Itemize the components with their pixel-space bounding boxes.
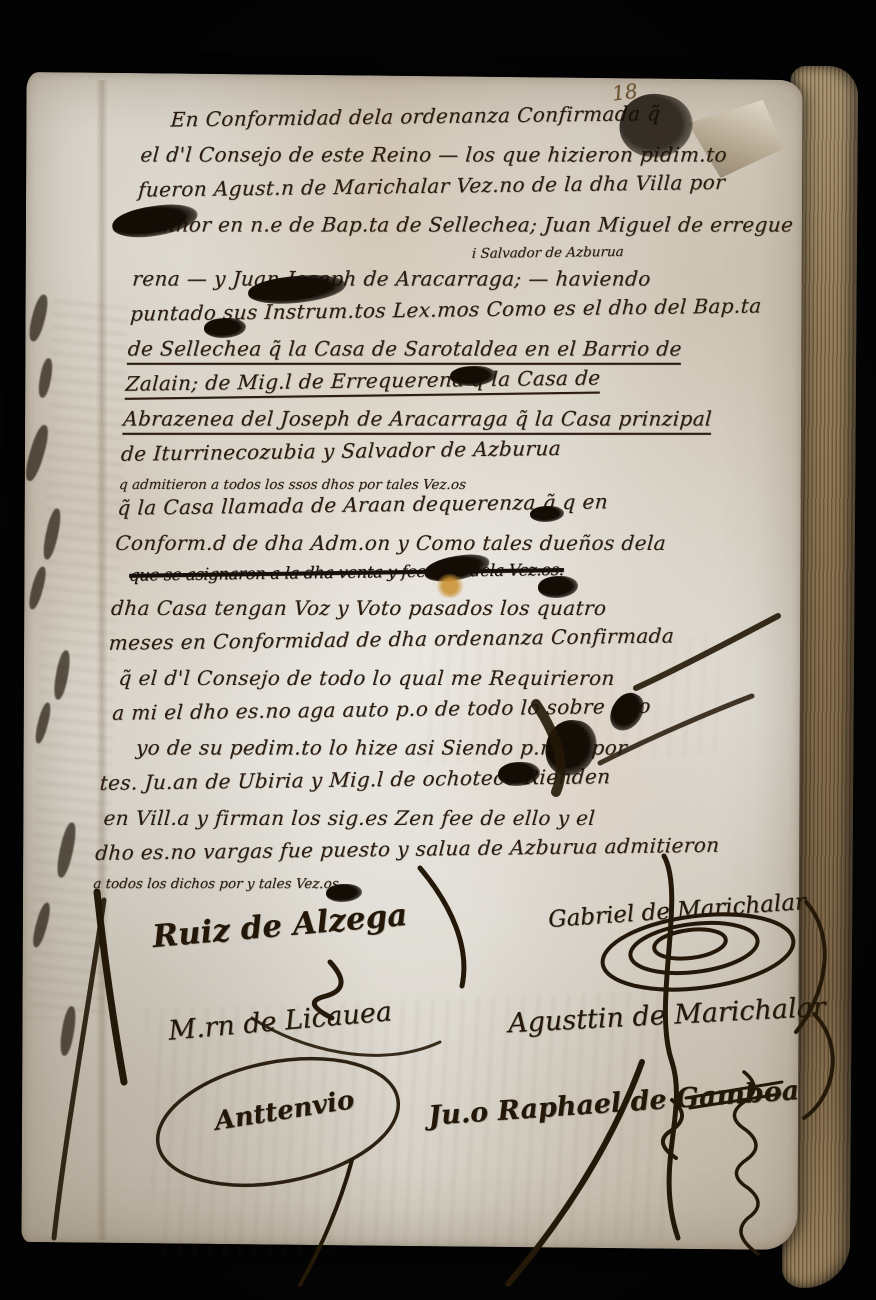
manuscript-line: a todos los dichos por y tales Vez.os.: [92, 876, 765, 895]
manuscript-text: En Conformidad dela ordenanza Confirmada…: [93, 104, 816, 895]
manuscript-line: dho es.no vargas fue puesto y salua de A…: [94, 832, 768, 876]
manuscript-line: i Salvador de Azburua: [471, 242, 806, 265]
manuscript-line: q̃ la Casa llamada de Araan dequerenza q…: [116, 487, 790, 531]
wax-stain: [436, 574, 464, 598]
manuscript-line: a mi el dho es.no aga auto p.o de todo l…: [111, 692, 777, 736]
manuscript-line: meses en Conformidad de dha ordenanza Co…: [108, 622, 782, 666]
manuscript-line: fueron Agust.n de Marichalar Vez.no de l…: [137, 169, 811, 213]
manuscript-line: de Iturrinecozubia y Salvador de Azburua: [120, 433, 794, 477]
manuscript-line: tes. Ju.an de Ubiria y Mig.l de ochoteco…: [98, 762, 772, 806]
manuscript-line: En Conformidad dela ordenanza Confirmada…: [169, 99, 815, 142]
manuscript-photo: 18 En Conformidad dela ordenanza Confirm…: [0, 0, 876, 1300]
